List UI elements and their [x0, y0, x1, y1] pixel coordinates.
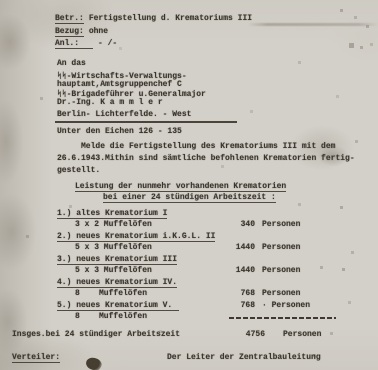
row-5-unit: · Personen — [262, 301, 310, 310]
body-paragraph-line-3: gestellt. — [0, 166, 378, 176]
enclosures-label: Anl.: — [55, 39, 93, 49]
subject-line: Betr.:Fertigstellung d. Krematoriums III — [0, 14, 378, 24]
footer-line: Verteiler: Der Leiter der Zentralbauleit… — [0, 353, 378, 363]
recipient-org-line-4: Dr.-Ing. K a m m l e r — [0, 98, 378, 108]
row-5-title-segment: 5.) neues Krematorium V. — [57, 301, 179, 310]
row-5-title: 5.) neues Krematorium V. — [57, 301, 179, 311]
table-row-values: 3 x 2 Muffelöfen 340 Personen — [0, 220, 378, 230]
recipient-salutation-line: An das — [0, 59, 378, 69]
row-1-title-segment: 1.) altes Krematorium I — [57, 209, 167, 218]
enclosures-line: Anl.:- /- — [0, 39, 378, 49]
row-3-title-segment: 3.) neues Krematorium III — [57, 255, 177, 264]
row-2-value: 1440 — [225, 243, 255, 252]
recipient-city-line: Berlin- Lichterfelde. - West — [0, 110, 378, 120]
table-heading-text-2: bei einer 24 stündigen Arbeitszeit : — [103, 193, 276, 203]
row-1-title: 1.) altes Krematorium I — [57, 209, 167, 219]
table-row-values: 5 x 3 Muffelöfen 1440 Personen — [0, 243, 378, 253]
table-heading-1: Leistung der nunmehr vorhandenen Kremato… — [75, 182, 286, 191]
row-3-unit: Personen — [262, 266, 300, 275]
row-1-value: 340 — [225, 220, 255, 229]
table-row-title: 3.) neues Krematorium III — [0, 255, 378, 265]
body-text-2: 26.6.1943.Mithin sind sämtliche befohlen… — [57, 154, 355, 163]
ss-runes-glyph: ᛋᛋ — [57, 89, 67, 98]
regarding-segment: Bezug:ohne — [55, 27, 108, 36]
subject-label: Betr.: — [55, 14, 84, 24]
enclosures-text: - /- — [93, 39, 117, 48]
row-5-value: 768 — [225, 301, 255, 310]
ss-runes-glyph: ᛋᛋ — [57, 71, 67, 80]
row-2-title-segment: 2.) neues Krematorium i.K.G.L. II — [57, 232, 215, 241]
row-2-unit: Personen — [262, 243, 300, 252]
row-3-detail: 5 x 3 Muffelöfen — [75, 266, 152, 275]
regarding-text: ohne — [84, 27, 108, 36]
row-5-detail: 8 Muffelöfen — [75, 312, 147, 321]
row-4-detail: 8 Muffelöfen — [75, 289, 147, 298]
letterhead-rule — [55, 121, 237, 123]
body-paragraph-line-2: 26.6.1943.Mithin sind sämtliche befohlen… — [0, 154, 378, 164]
recipient-salutation: An das — [57, 59, 86, 68]
enclosures-segment: Anl.:- /- — [55, 39, 117, 48]
document-page: Betr.:Fertigstellung d. Krematoriums III… — [0, 0, 378, 370]
row-3-value: 1440 — [225, 266, 255, 275]
table-row-title: 1.) altes Krematorium I — [0, 209, 378, 219]
distribution-segment: Verteiler: — [12, 353, 60, 362]
table-heading-2: bei einer 24 stündigen Arbeitszeit : — [103, 193, 276, 202]
body-text-3: gestellt. — [57, 166, 100, 175]
row-2-detail: 5 x 3 Muffelöfen — [75, 243, 152, 252]
table-row-title: 2.) neues Krematorium i.K.G.L. II — [0, 232, 378, 242]
recipient-city: Berlin- Lichterfelde. - West — [57, 110, 191, 119]
subject-text: Fertigstellung d. Krematoriums III — [84, 14, 252, 23]
distribution-label: Verteiler: — [12, 353, 60, 363]
total-line: Insges.bei 24 stündiger Arbeitszeit 4756… — [0, 330, 378, 340]
body-paragraph-line-1: Melde die Fertigstellung des Krematorium… — [0, 142, 378, 152]
speckle-artifacts — [0, 0, 1, 1]
table-row-values: 5 x 3 Muffelöfen 1440 Personen — [0, 266, 378, 276]
regarding-line: Bezug:ohne — [0, 27, 378, 37]
body-text-1: Melde die Fertigstellung des Krematorium… — [81, 142, 335, 151]
regarding-label: Bezug: — [55, 27, 84, 37]
subject-segment: Betr.:Fertigstellung d. Krematoriums III — [55, 14, 252, 23]
signature-title: Der Leiter der Zentralbauleitung — [167, 353, 321, 362]
recipient-org-text-2: hauptamt,Amtsgruppenchef C — [57, 80, 182, 89]
row-4-unit: Personen — [262, 289, 300, 298]
table-row-title: 5.) neues Krematorium V. 768 · Personen — [0, 301, 378, 311]
row-1-detail: 3 x 2 Muffelöfen — [75, 220, 152, 229]
row-4-title-segment: 4.) neues Krematorium IV. — [57, 278, 177, 287]
total-value: 4756 — [235, 330, 265, 339]
recipient-street: Unter den Eichen 126 - 135 — [57, 127, 182, 136]
total-unit: Personen — [283, 330, 321, 339]
row-4-value: 768 — [225, 289, 255, 298]
table-row-values: 8 Muffelöfen 768 Personen — [0, 289, 378, 299]
row-3-title: 3.) neues Krematorium III — [57, 255, 177, 265]
row-4-title: 4.) neues Krematorium IV. — [57, 278, 177, 288]
subtotal-dashed-rule — [229, 317, 336, 319]
recipient-street-line: Unter den Eichen 126 - 135 — [0, 127, 378, 137]
table-heading-text-1: Leistung der nunmehr vorhandenen Kremato… — [75, 182, 286, 192]
recipient-name: Dr.-Ing. K a m m l e r — [57, 98, 163, 107]
table-heading-line-2: bei einer 24 stündigen Arbeitszeit : — [0, 193, 378, 203]
total-label: Insges.bei 24 stündiger Arbeitszeit — [12, 330, 180, 339]
table-row-title: 4.) neues Krematorium IV. — [0, 278, 378, 288]
table-heading-line-1: Leistung der nunmehr vorhandenen Kremato… — [0, 182, 378, 192]
row-1-unit: Personen — [262, 220, 300, 229]
row-2-title: 2.) neues Krematorium i.K.G.L. II — [57, 232, 215, 242]
